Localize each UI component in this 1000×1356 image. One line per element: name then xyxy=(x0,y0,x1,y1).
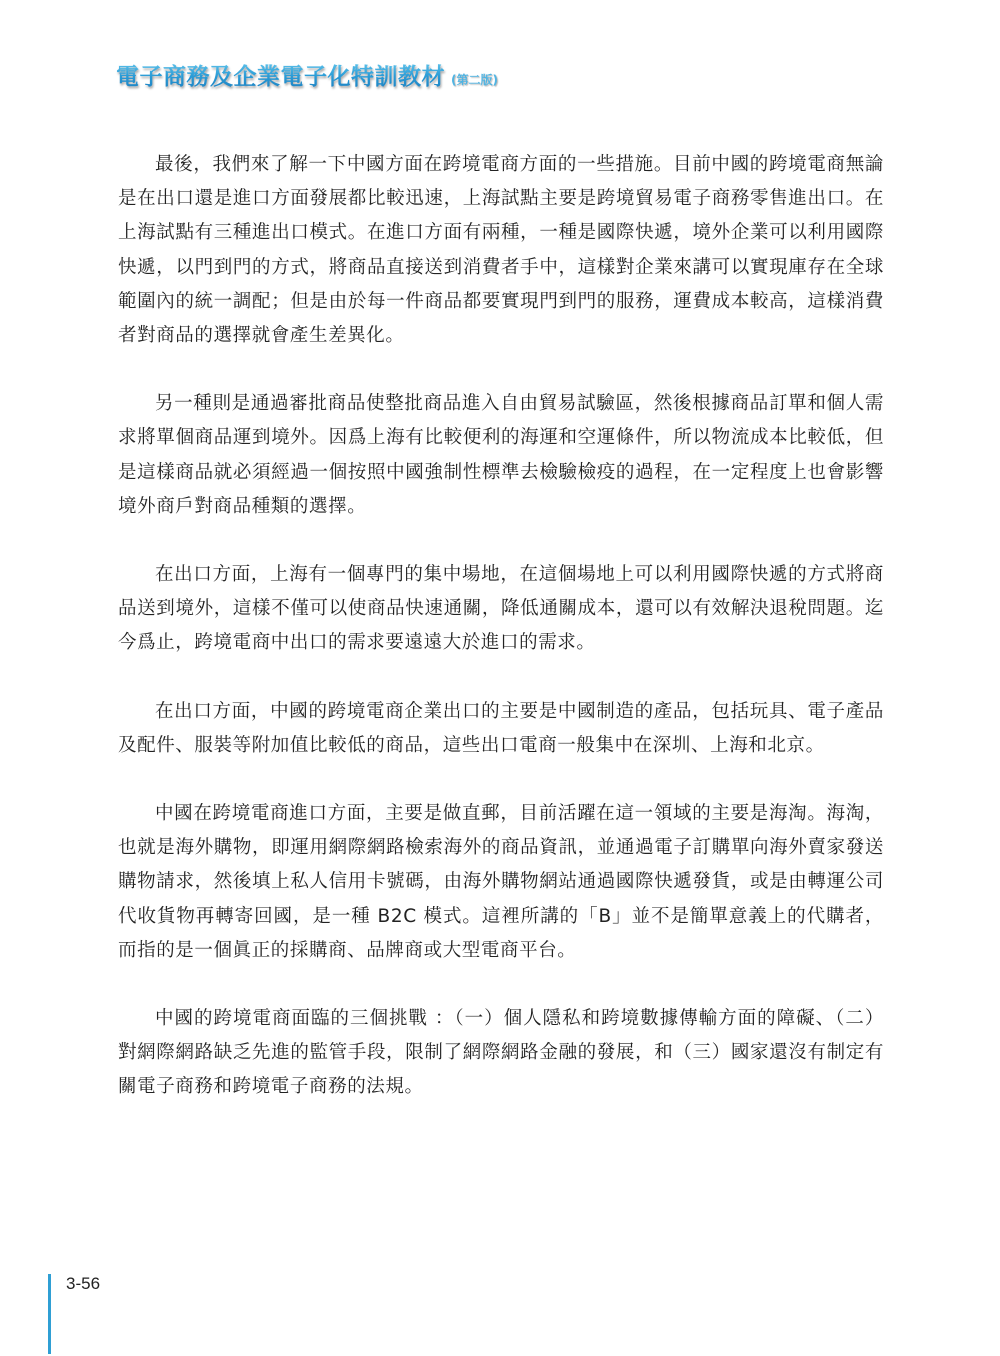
footer-accent-bar xyxy=(48,1274,51,1354)
paragraph-import-haitao: 中國在跨境電商進口方面，主要是做直郵，目前活躍在這一領域的主要是海淘。海淘，也就… xyxy=(118,797,884,968)
paragraph-export-shanghai: 在出口方面，上海有一個專門的集中場地，在這個場地上可以利用國際快遞的方式將商品送… xyxy=(118,558,884,661)
running-header: 電子商務及企業電子化特訓教材 (第二版) xyxy=(116,58,498,98)
book-title: 電子商務及企業電子化特訓教材 xyxy=(116,58,445,91)
page-number: 3-56 xyxy=(66,1274,100,1294)
paragraph-china-measures: 最後，我們來了解一下中國方面在跨境電商方面的一些措施。目前中國的跨境電商無論是在… xyxy=(118,148,884,353)
page-body: 最後，我們來了解一下中國方面在跨境電商方面的一些措施。目前中國的跨境電商無論是在… xyxy=(118,148,884,1139)
paragraph-export-products: 在出口方面，中國的跨境電商企業出口的主要是中國制造的產品，包括玩具、電子產品及配… xyxy=(118,695,884,763)
paragraph-challenges: 中國的跨境電商面臨的三個挑戰 ：（一）個人隱私和跨境數據傳輸方面的障礙、（二）對… xyxy=(118,1002,884,1105)
book-edition: (第二版) xyxy=(451,71,498,88)
paragraph-bulk-import: 另一種則是通過審批商品使整批商品進入自由貿易試驗區，然後根據商品訂單和個人需求將… xyxy=(118,387,884,524)
